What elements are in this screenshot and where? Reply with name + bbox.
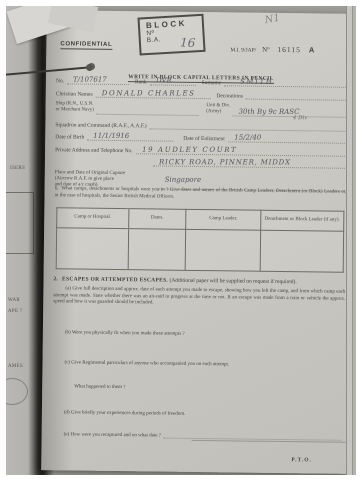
rank-field-label: Rank [129,79,150,85]
unit-field-label: Unit & Div. (Army) [198,103,233,116]
date-of-birth-label: Date of Birth [55,134,87,140]
col-camp-or-hospital: Camp or Hospital. [57,208,129,229]
date-of-birth-handwritten: 11/1/1916 [93,132,129,140]
question-2-note: (Additional paper will be supplied on re… [169,278,296,286]
rank-field-value: DVR [150,77,196,86]
christian-names-label: Christian Names [56,91,96,97]
ship-label-line1: Ship (R.N., U.S.N. [56,101,94,106]
circular-stamp-fragment [6,378,28,405]
page-edge-outer [352,6,356,475]
ship-field-value [97,106,198,115]
address-handwritten-line1: 19 AUDLEY COURT [142,145,237,153]
question-2b: (b) Were you physically fit when you mad… [65,330,185,336]
question-2-number: 2. [53,276,60,282]
question-2-title: ESCAPES OR ATTEMPTED ESCAPES. [62,276,168,283]
pencil-scribble: N1 [264,13,281,26]
form-row-dates: Date of Birth 11/1/1916 Date of Enlistme… [55,132,345,144]
address-label: Private Address and Telephone No. [55,147,136,154]
question-2c-followup: What happened to them ? [74,384,125,390]
unit-handwritten: 30th By 9c RASC [239,107,300,115]
christian-names-value: DONALD CHARLES [96,89,211,98]
capture-label-line1: Place and Date of Original Capture [55,170,125,176]
empty-cell [185,229,260,271]
serial-suffix: A [309,45,315,54]
address-value-line2: RICKY ROAD, PINNER, MIDDX [153,158,345,168]
block-number-stamp: BLOCK Nº B.A. 16 [137,14,205,56]
number-field-value: T/107617 [67,76,129,85]
ship-field-label: Ship (R.N., U.S.N. or Merchant Navy) [56,101,97,114]
form-row-christian-decorations: Christian Names DONALD CHARLES Decoratio… [56,89,346,101]
date-of-birth-value: 11/1/1916 [87,133,173,142]
left-page-text-fragment: AMES [8,364,23,369]
question-1: 1.What camps, detachments or hospitals w… [55,186,347,203]
squadron-label: Squadron and Command (R.A.F., A.A.F.) [55,122,149,129]
camps-table: Camp or Hospital. Dates. Camp Leader. De… [56,207,345,273]
form-row-ship-unit: Ship (R.N., U.S.N. or Merchant Navy) Uni… [56,101,346,117]
number-field-label: No. [56,78,67,84]
file-reference: M.I. 9/JAP/Nº16115A [230,44,314,54]
capture-label-line2: (Aircrew R.A.F. to give place [55,176,114,182]
address-indent [55,165,153,166]
enlistment-label: Date of Enlistment [173,136,228,143]
empty-cell [260,230,344,272]
unit-label-line2: (Army) [206,109,221,114]
question-2a: (a) Give full description and approx. da… [53,286,345,309]
question-2d: (d) Give briefly your experiences during… [64,410,186,416]
unit-label-line1: Unit & Div. [206,103,230,108]
empty-cell [56,228,128,270]
decorations-value [246,91,346,100]
squadron-value [150,121,346,131]
ship-label-line2: or Merchant Navy) [56,107,94,112]
empty-cell [128,229,186,271]
unit-field-value: 30th By 9c RASC 4 Div [233,108,346,117]
question-2-heading: 2. ESCAPES OR ATTEMPTED ESCAPES. (Additi… [53,276,345,286]
question-2e-text: (e) How were you recaptured and on what … [64,432,161,438]
left-page-text-fragment: APE ? [8,309,22,314]
camps-table-empty-row [56,228,343,273]
rank-handwritten: DVR [156,77,172,85]
left-page-text-fragment: ISERS [10,166,25,171]
form-row-squadron: Squadron and Command (R.A.F., A.A.F.) [55,120,345,132]
number-handwritten: T/107617 [73,76,107,84]
question-2c: (c) Give Regimental particulars of anyon… [64,360,229,367]
decorations-label: Decorations [210,93,246,99]
document-photo: ISERS WAR APE ? AMES BLOCK Nº B.A. 16 N1… [6,6,356,475]
binding-string-knot [86,64,93,71]
col-camp-leader: Camp Leader. [186,209,261,230]
capture-handwritten: Singapore [165,176,201,184]
col-dates: Dates. [128,209,186,230]
file-ref-label: M.I. 9/JAP/ [230,47,256,53]
christian-names-handwritten: DONALD CHARLES [102,89,196,97]
enlistment-value: 15/2/40 [228,134,346,143]
confidential-stamp: CONFIDENTIAL [60,41,112,50]
left-page-text-fragment: WAR [8,298,20,303]
form-row-address2: RICKY ROAD, PINNER, MIDDX [55,157,345,169]
number-label: Nº [262,46,269,54]
serial-number: 16115 [277,45,301,54]
unit-handwritten-line2: 4 Div [293,115,308,121]
form-row-address: Private Address and Telephone No. 19 AUD… [55,145,345,157]
enlistment-handwritten: 15/2/40 [234,134,261,142]
pow-questionnaire-page: BLOCK Nº B.A. 16 N1 CONFIDENTIAL M.I. 9/… [41,10,356,474]
block-number-handwritten: 16 [179,35,195,50]
personal-details-form: No. T/107617 Rank DVR Surname SMITH Chri… [55,76,346,192]
surname-field-value: SMITH [224,78,346,87]
pto-footer: P.T.O. [291,457,312,463]
surname-field-label: Surname [196,80,225,86]
surname-handwritten: SMITH [240,78,274,86]
col-detachment-leader: Detachment or Block Leader (if any). [260,210,343,231]
address-handwritten-line2: RICKY ROAD, PINNER, MIDDX [159,158,291,166]
address-value-line1: 19 AUDLEY COURT [136,146,346,157]
